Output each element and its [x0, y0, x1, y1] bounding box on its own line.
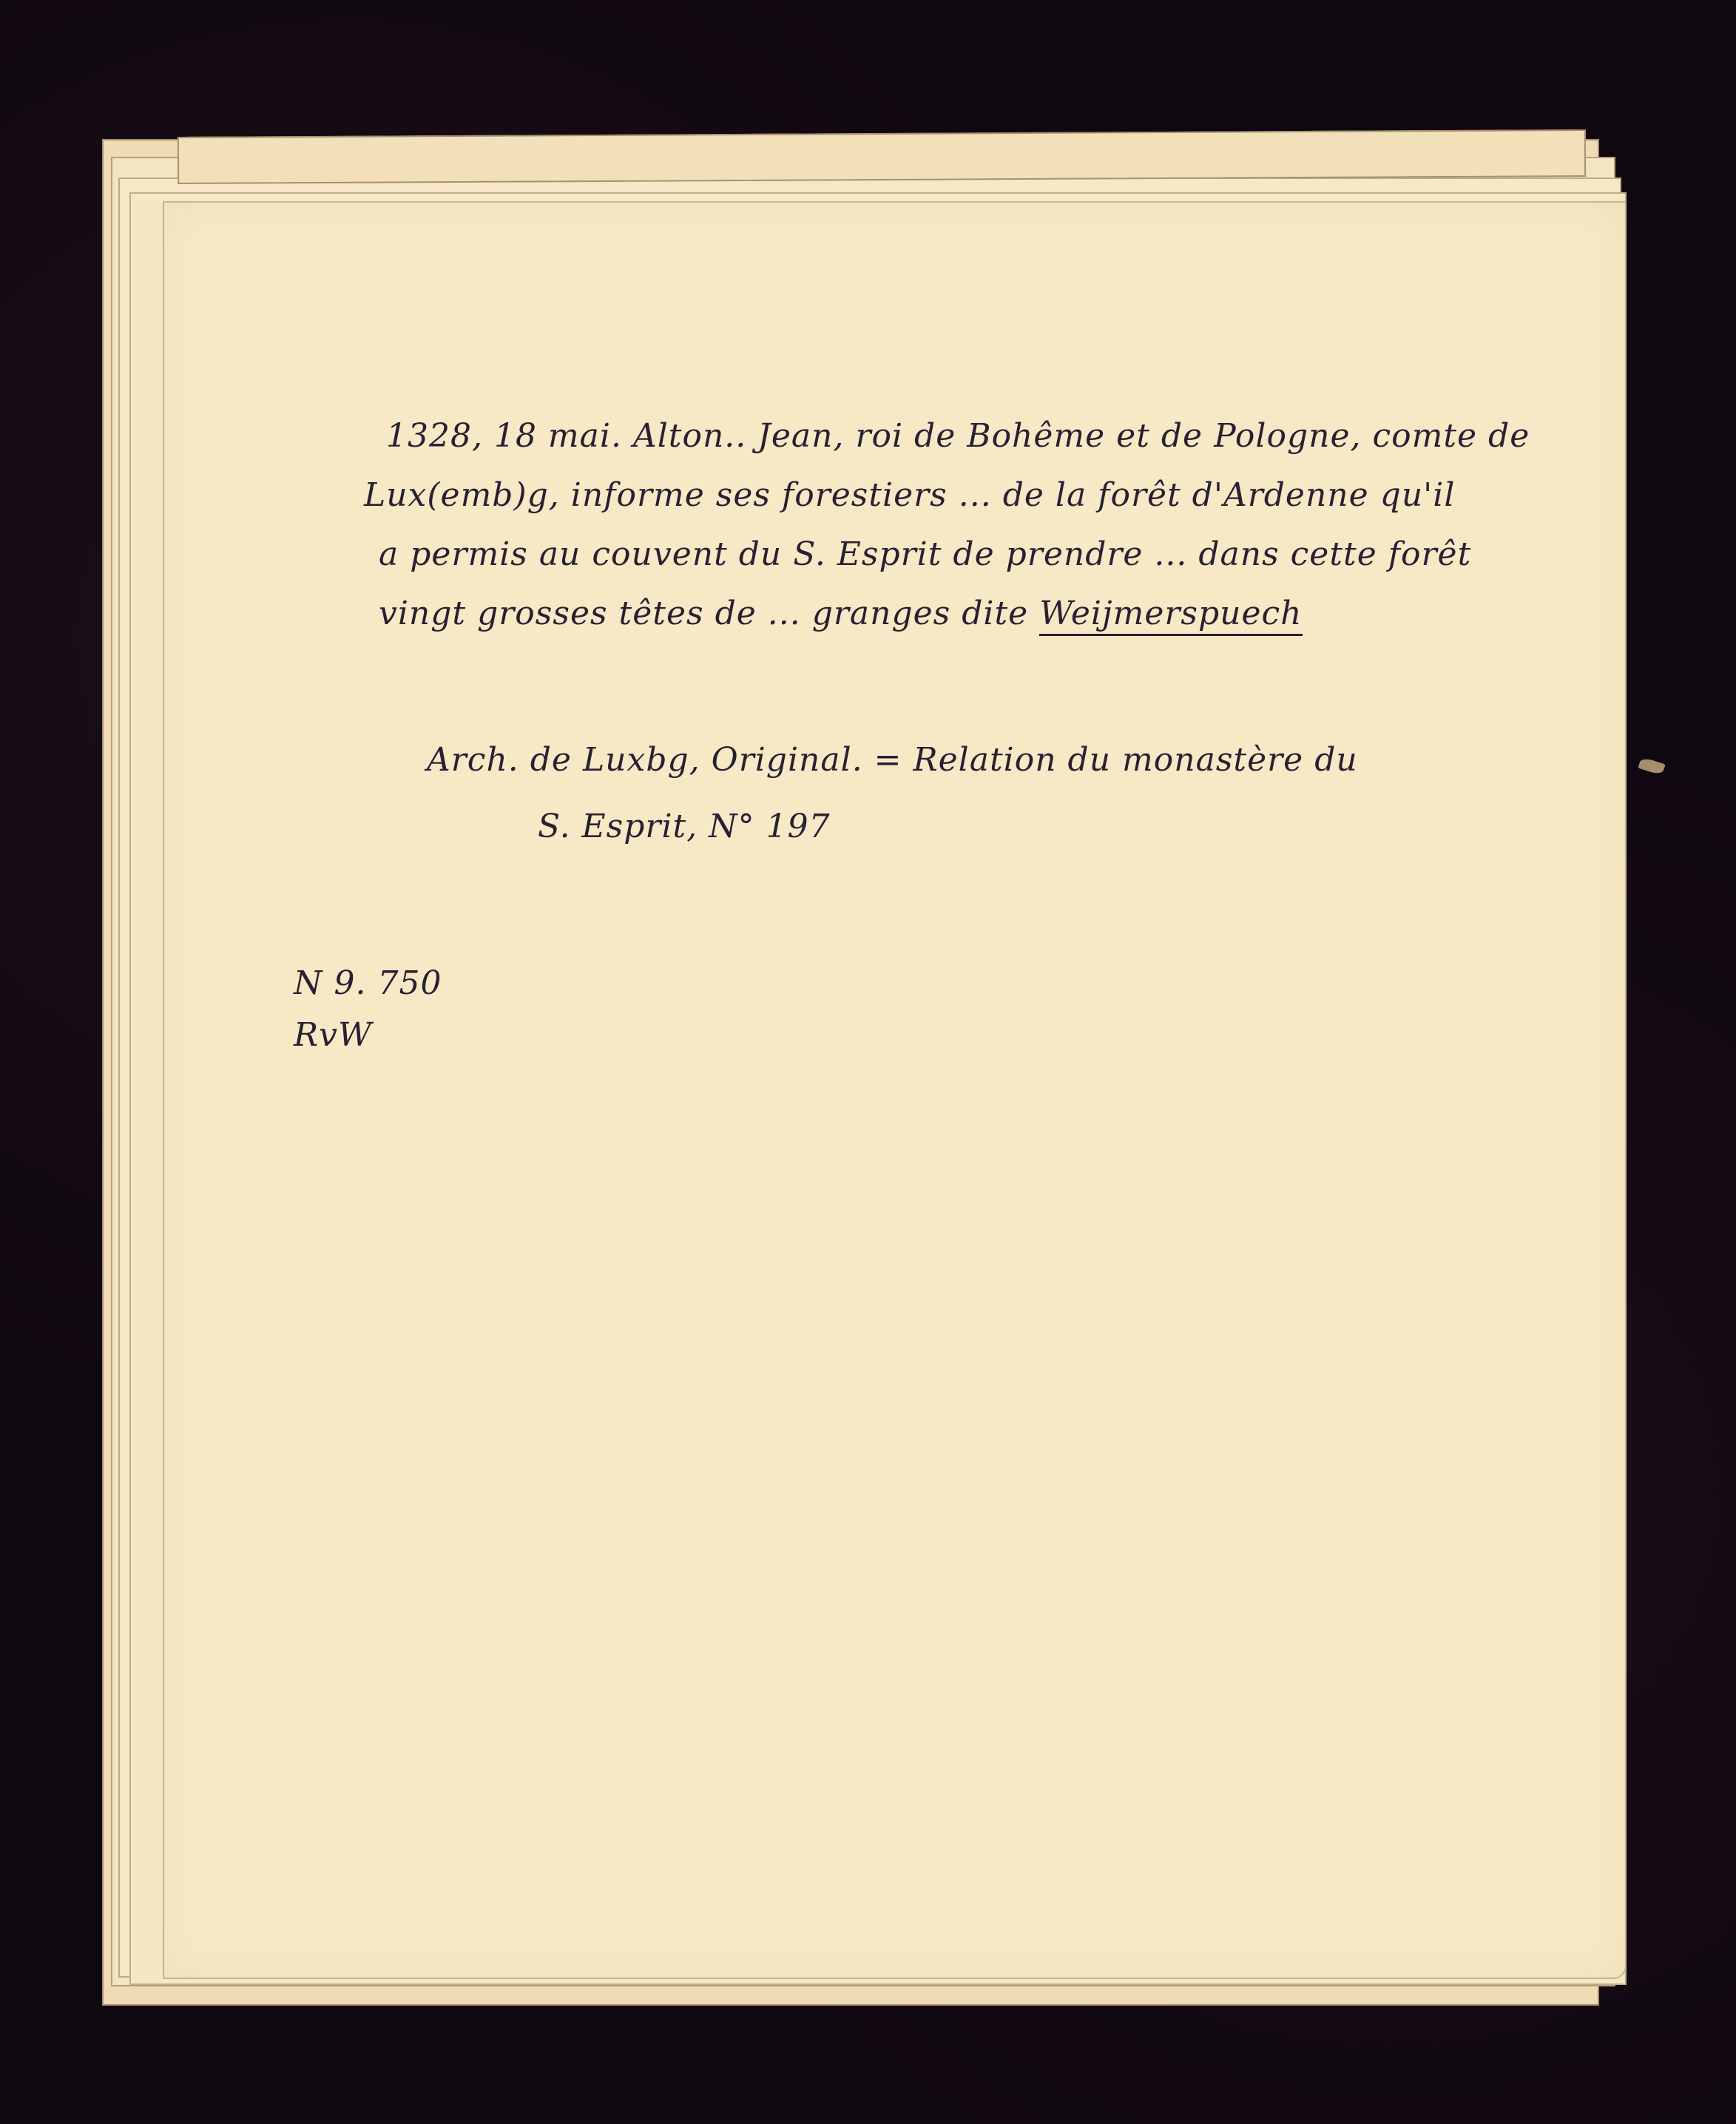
source-line-2: S. Esprit, N° 197 [538, 808, 831, 845]
entry-line-1: 1328, 18 mai. Alton.. Jean, roi de Bohêm… [386, 417, 1530, 455]
paper-fragment [1638, 757, 1665, 776]
entry-line-2: Lux(emb)g, informe ses forestiers ... de… [364, 476, 1455, 514]
reference-number: N 9. 750 [294, 964, 442, 1002]
entry-line-4-text: vingt grosses têtes de ... granges dite [379, 595, 1028, 632]
reference-initials: RvW [294, 1016, 372, 1054]
source-line-1: Arch. de Luxbg, Original. = Relation du … [427, 741, 1358, 779]
underlined-place-name: Weijmerspuech [1039, 595, 1302, 636]
entry-line-4: vingt grosses têtes de ... granges dite … [379, 595, 1303, 632]
front-paper-sheet: 1328, 18 mai. Alton.. Jean, roi de Bohêm… [163, 201, 1627, 1979]
top-paper-slip [178, 129, 1586, 184]
entry-line-3: a permis au couvent du S. Esprit de pren… [379, 535, 1471, 573]
